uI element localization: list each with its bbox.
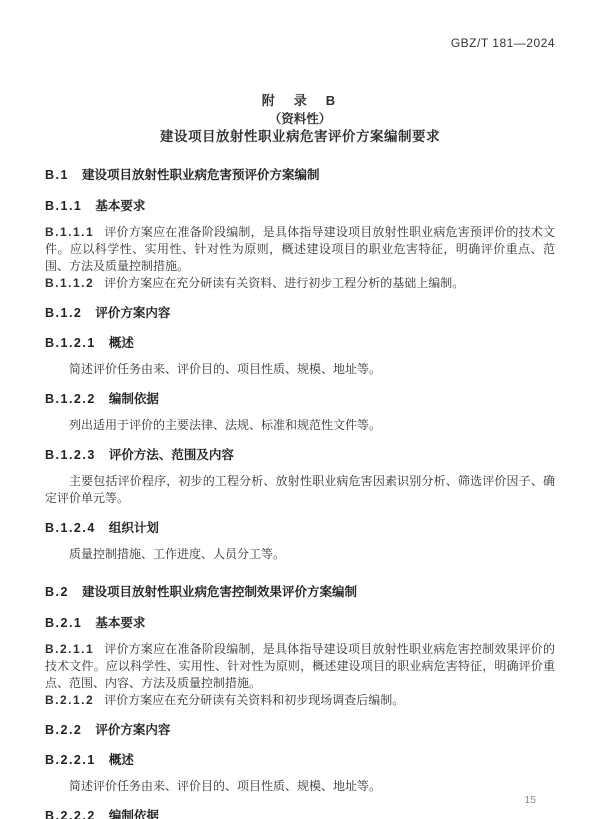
paragraph-b1-2-3: 主要包括评价程序，初步的工程分析、放射性职业病危害因素识别分析、筛选评价因子、确… [45,473,555,507]
section-title: 概述 [109,753,134,767]
clause-text: 评价方案应在准备阶段编制，是具体指导建设项目放射性职业病危害控制效果评价的技术文… [45,642,555,690]
section-heading-b1-2: B.1.2评价方案内容 [45,305,555,322]
appendix-label: 附 录 B [45,92,555,110]
appendix-title-block: 附 录 B （资料性） 建设项目放射性职业病危害评价方案编制要求 [45,92,555,146]
clause-text: 评价方案应在充分研读有关资料和初步现场调查后编制。 [104,693,404,707]
clause-number: B.1.1.2 [45,276,94,290]
section-heading-b1-2-3: B.1.2.3评价方法、范围及内容 [45,447,555,464]
section-heading-b1-2-2: B.1.2.2编制依据 [45,391,555,408]
section-number: B.2.2.2 [45,809,96,819]
section-number: B.2.1 [45,616,82,630]
section-heading-b2-1: B.2.1基本要求 [45,615,555,632]
section-heading-b1: B.1建设项目放射性职业病危害预评价方案编制 [45,167,555,184]
paragraph-b1-2-4: 质量控制措施、工作进度、人员分工等。 [45,546,555,563]
clause-text: 评价方案应在充分研读有关资料、进行初步工程分析的基础上编制。 [104,276,464,290]
clause-number: B.2.1.1 [45,642,94,656]
section-title: 建设项目放射性职业病危害控制效果评价方案编制 [82,585,357,599]
section-heading-b2-2-1: B.2.2.1概述 [45,752,555,769]
section-number: B.1.2 [45,306,82,320]
section-number: B.2.2.1 [45,753,96,767]
paragraph-b1-2-1: 简述评价任务由来、评价目的、项目性质、规模、地址等。 [45,361,555,378]
section-title: 编制依据 [109,392,159,406]
section-title: 基本要求 [95,616,145,630]
section-heading-b1-1: B.1.1基本要求 [45,198,555,215]
clause-b1-1-2: B.1.1.2评价方案应在充分研读有关资料、进行初步工程分析的基础上编制。 [45,275,555,292]
clause-number: B.2.1.2 [45,693,94,707]
clause-b1-1-1: B.1.1.1评价方案应在准备阶段编制，是具体指导建设项目放射性职业病危害预评价… [45,224,555,275]
section-number: B.1.1 [45,199,82,213]
section-number: B.1.2.1 [45,336,96,350]
section-heading-b1-2-1: B.1.2.1概述 [45,335,555,352]
section-number: B.2.2 [45,723,82,737]
section-title: 概述 [109,336,134,350]
section-heading-b2-2: B.2.2评价方案内容 [45,722,555,739]
section-number: B.1 [45,168,69,182]
section-number: B.1.2.2 [45,392,96,406]
section-number: B.1.2.4 [45,521,96,535]
clause-b2-1-1: B.2.1.1评价方案应在准备阶段编制，是具体指导建设项目放射性职业病危害控制效… [45,641,555,692]
document-page: GBZ/T 181—2024 附 录 B （资料性） 建设项目放射性职业病危害评… [0,0,600,819]
paragraph-b1-2-2: 列出适用于评价的主要法律、法规、标准和规范性文件等。 [45,417,555,434]
standard-number: GBZ/T 181—2024 [45,36,555,50]
clause-text: 评价方案应在准备阶段编制，是具体指导建设项目放射性职业病危害预评价的技术文件。应… [45,225,555,273]
section-heading-b1-2-4: B.1.2.4组织计划 [45,520,555,537]
section-number: B.2 [45,585,69,599]
section-title: 评价方法、范围及内容 [109,448,234,462]
section-title: 组织计划 [109,521,159,535]
section-title: 建设项目放射性职业病危害预评价方案编制 [82,168,320,182]
section-number: B.1.2.3 [45,448,96,462]
section-title: 评价方案内容 [95,306,170,320]
page-number: 15 [524,794,536,806]
appendix-title: 建设项目放射性职业病危害评价方案编制要求 [45,128,555,146]
section-heading-b2-2-2: B.2.2.2编制依据 [45,808,555,819]
paragraph-b2-2-1: 简述评价任务由来、评价目的、项目性质、规模、地址等。 [45,778,555,795]
clause-b2-1-2: B.2.1.2评价方案应在充分研读有关资料和初步现场调查后编制。 [45,692,555,709]
appendix-type-note: （资料性） [45,110,555,128]
section-heading-b2: B.2建设项目放射性职业病危害控制效果评价方案编制 [45,584,555,601]
section-title: 基本要求 [95,199,145,213]
clause-number: B.1.1.1 [45,225,94,239]
section-title: 评价方案内容 [95,723,170,737]
section-title: 编制依据 [109,809,159,819]
